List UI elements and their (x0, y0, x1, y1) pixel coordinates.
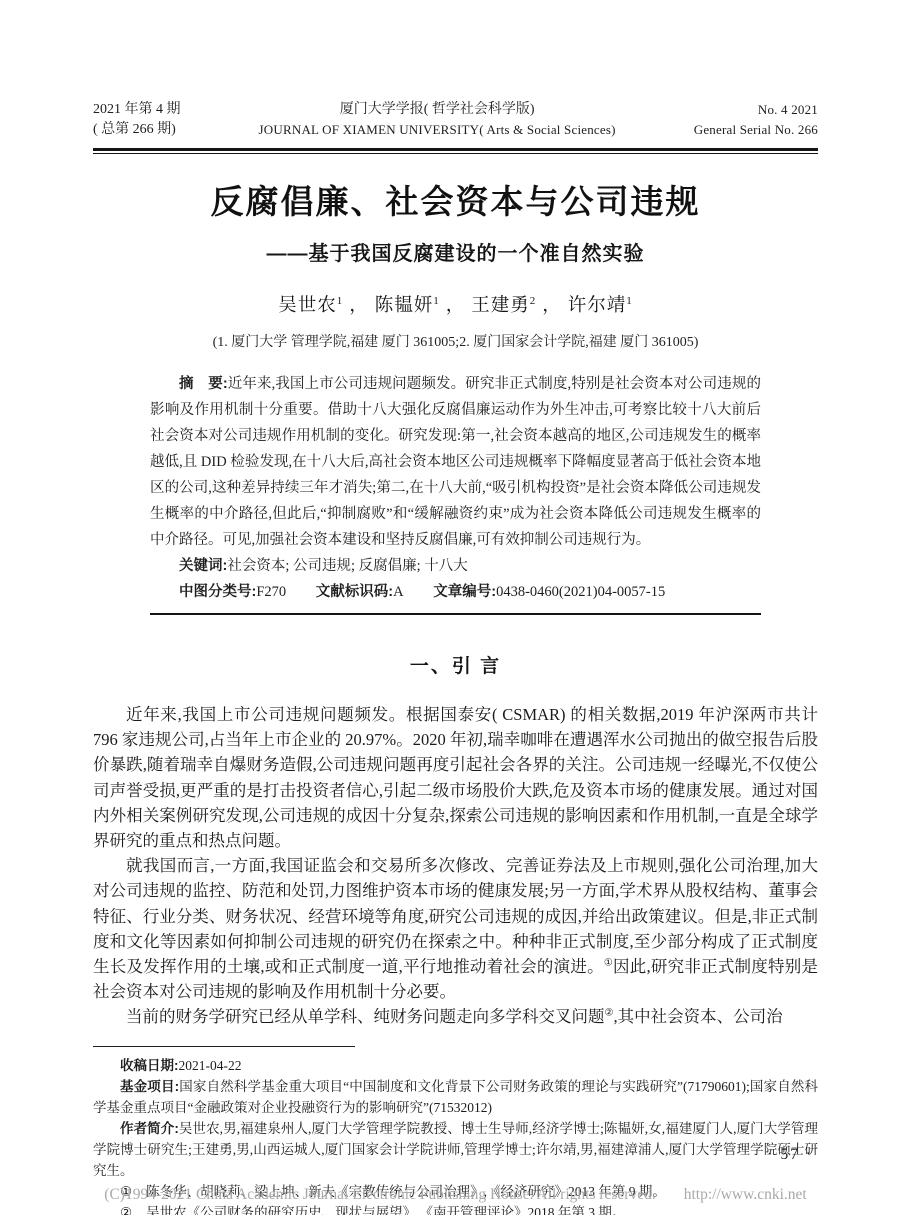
author-name: 许尔靖1 (568, 296, 633, 316)
received-date-line: 收稿日期:2021-04-22 (93, 1055, 818, 1076)
author-affiliation-sup: 1 (626, 295, 633, 307)
copyright-text: (C)1994-2021 China Academic Journal Elec… (104, 1186, 655, 1203)
issue-cn-line1: 2021 年第 4 期 (93, 100, 181, 120)
received-date-value: 2021-04-22 (179, 1058, 242, 1073)
body-paragraph-2: 就我国而言,一方面,我国证监会和交易所多次修改、完善证券法及上市规则,强化公司治… (93, 853, 818, 1004)
abstract-paragraph: 摘 要:近年来,我国上市公司违规问题频发。研究非正式制度,特别是社会资本对公司违… (150, 371, 761, 553)
article-subtitle: ——基于我国反腐建设的一个准自然实验 (93, 237, 818, 266)
author-separator: ， (536, 296, 568, 316)
received-date-label: 收稿日期: (120, 1058, 179, 1073)
footnote-marker-1: ① (604, 958, 613, 969)
body-paragraph-1: 近年来,我国上市公司违规问题频发。根据国泰安( CSMAR) 的相关数据,201… (93, 702, 818, 853)
footnote-separator-rule (93, 1046, 355, 1047)
doc-code-label: 文献标识码: (316, 584, 393, 600)
journal-header: 2021 年第 4 期 ( 总第 266 期) 厦门大学学报( 哲学社会科学版)… (93, 0, 818, 140)
body-text: 近年来,我国上市公司违规问题频发。根据国泰安( CSMAR) 的相关数据,201… (93, 702, 818, 1030)
journal-page: 2021 年第 4 期 ( 总第 266 期) 厦门大学学报( 哲学社会科学版)… (0, 0, 911, 1215)
doc-code-value: A (393, 584, 403, 600)
abstract-label: 摘 要: (179, 376, 228, 392)
clc-pair: 中图分类号:F270 (179, 584, 286, 600)
issue-info-en: No. 4 2021 General Serial No. 266 (694, 100, 818, 140)
issue-en-line2: General Serial No. 266 (694, 120, 818, 140)
abstract-bottom-rule (150, 613, 761, 615)
fund-project-value: 国家自然科学基金重大项目“中国制度和文化背景下公司财务政策的理论与实践研究”(7… (93, 1079, 818, 1115)
issue-en-line1: No. 4 2021 (694, 100, 818, 120)
author-affiliation-sup: 1 (433, 295, 440, 307)
clc-label: 中图分类号: (179, 584, 256, 600)
author-bio-value: 吴世农,男,福建泉州人,厦门大学管理学院教授、博士生导师,经济学博士;陈韫妍,女… (93, 1121, 818, 1178)
section-heading-introduction: 一、引 言 (93, 651, 818, 678)
affiliation-line: (1. 厦门大学 管理学院,福建 厦门 361005;2. 厦门国家会计学院,福… (93, 331, 818, 351)
journal-title-en: JOURNAL OF XIAMEN UNIVERSITY( Arts & Soc… (181, 120, 694, 140)
fund-project-label: 基金项目: (120, 1079, 179, 1094)
issue-cn-line2: ( 总第 266 期) (93, 120, 181, 140)
keywords-label: 关键词: (179, 558, 227, 574)
cnki-url: http://www.cnki.net (684, 1186, 807, 1203)
keywords-line: 关键词:社会资本; 公司违规; 反腐倡廉; 十八大 (150, 553, 761, 579)
abstract-block: 摘 要:近年来,我国上市公司违规问题频发。研究非正式制度,特别是社会资本对公司违… (150, 371, 761, 615)
article-title: 反腐倡廉、社会资本与公司违规 (93, 176, 818, 223)
issue-info-cn: 2021 年第 4 期 ( 总第 266 期) (93, 100, 181, 140)
reference-text-2: 吴世农《公司财务的研究历史、现状与展望》,《南开管理评论》2018 年第 3 期… (146, 1205, 625, 1215)
author-line: 吴世农1，陈韫妍1，王建勇2，许尔靖1 (93, 291, 818, 317)
abstract-text: 近年来,我国上市公司违规问题频发。研究非正式制度,特别是社会资本对公司违规的影响… (150, 376, 761, 548)
author-name: 陈韫妍1 (375, 296, 440, 316)
clc-value: F270 (256, 584, 286, 600)
author-bio-label: 作者简介: (120, 1121, 179, 1136)
fund-project-line: 基金项目:国家自然科学基金重大项目“中国制度和文化背景下公司财务政策的理论与实践… (93, 1076, 818, 1118)
copyright-footer: (C)1994-2021 China Academic Journal Elec… (0, 1186, 911, 1204)
journal-title-cn: 厦门大学学报( 哲学社会科学版) (181, 100, 694, 120)
journal-title-block: 厦门大学学报( 哲学社会科学版) JOURNAL OF XIAMEN UNIVE… (181, 100, 694, 140)
doc-code-pair: 文献标识码:A (316, 584, 404, 600)
author-separator: ， (343, 296, 375, 316)
author-bio-line: 作者简介:吴世农,男,福建泉州人,厦门大学管理学院教授、博士生导师,经济学博士;… (93, 1118, 818, 1181)
article-id-label: 文章编号: (433, 584, 496, 600)
author-name: 吴世农1 (278, 296, 343, 316)
article-id-pair: 文章编号:0438-0460(2021)04-0057-15 (433, 584, 665, 600)
author-separator: ， (440, 296, 472, 316)
author-name: 王建勇2 (471, 296, 536, 316)
header-double-rule (93, 148, 818, 154)
page-number: · 57 · (767, 1146, 813, 1164)
article-id-value: 0438-0460(2021)04-0057-15 (496, 584, 665, 600)
keywords-text: 社会资本; 公司违规; 反腐倡廉; 十八大 (227, 558, 467, 574)
body-paragraph-3: 当前的财务学研究已经从单学科、纯财务问题走向多学科交叉问题②,其中社会资本、公司… (93, 1004, 818, 1029)
classification-line: 中图分类号:F270 文献标识码:A 文章编号:0438-0460(2021)0… (150, 579, 761, 605)
reference-marker-2: ② (120, 1205, 132, 1215)
